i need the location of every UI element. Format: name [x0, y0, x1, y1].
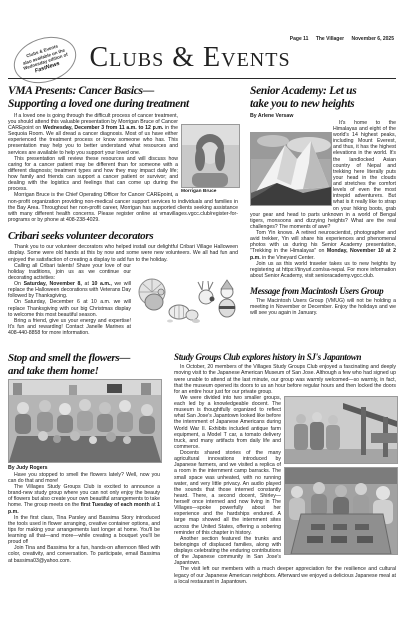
- japantown-photos-block: [284, 396, 396, 558]
- masthead-rule: [8, 78, 396, 79]
- himalaya-mountain-photo: [250, 132, 332, 206]
- article-byline: By Arlene Versaw: [250, 113, 396, 119]
- article-byline: By Judy Rogers: [8, 465, 160, 471]
- article-title: Stop and smell the flowers— and take the…: [8, 352, 160, 377]
- paragraph: In the first class, Tina Parsley and Bas…: [8, 515, 160, 546]
- paragraph: The visit left our members with a much d…: [174, 566, 396, 584]
- article-japantown-museum: Study Groups Club explores history in SJ…: [174, 352, 396, 585]
- column-left-bottom: Stop and smell the flowers— and take the…: [8, 352, 160, 592]
- article-title: Message from Macintosh Users Group: [250, 286, 396, 296]
- paragraph: Have you stopped to smell the flowers la…: [8, 472, 160, 484]
- article-vma-cancer-basics: VMA Presents: Cancer Basics— Supporting …: [8, 85, 238, 223]
- article-title: Senior Academy: Let us take you to new h…: [250, 85, 396, 111]
- article-title: VMA Presents: Cancer Basics— Supporting …: [8, 85, 238, 111]
- paragraph: Tom Yin knows. A retired neuroscientist,…: [250, 230, 396, 261]
- paragraph: Thank you to our volunteer decorators wh…: [8, 244, 238, 262]
- holiday-clipart: [134, 272, 238, 324]
- article-title: Cribari seeks volunteer decorators: [8, 230, 238, 242]
- himalaya-photo-block: [250, 132, 330, 206]
- article-flower-group: Stop and smell the flowers— and take the…: [8, 352, 160, 564]
- column-right-top: Senior Academy: Let us take you to new h…: [250, 85, 396, 343]
- article-macintosh-users-group: Message from Macintosh Users Group The M…: [250, 286, 396, 316]
- paragraph: In October, 20 members of the Villages S…: [174, 364, 396, 395]
- morrigan-bruce-photo: [181, 124, 240, 188]
- paragraph: The Macintosh Users Group (VMUG) will no…: [250, 298, 396, 316]
- japantown-museum-photo-1: [284, 396, 398, 464]
- column-right-bottom: Study Groups Club explores history in SJ…: [174, 352, 396, 592]
- flower-class-photo-block: [8, 379, 160, 463]
- section-masthead: Clubs & Events: [36, 42, 344, 74]
- photo-caption: Morrigan Bruce: [181, 189, 238, 195]
- paragraph: Morrigan Bruce is the Chief Operating Of…: [8, 192, 238, 223]
- newspaper-page: Page 11 The Villager November 6, 2025 Cl…: [0, 0, 400, 618]
- page-content: VMA Presents: Cancer Basics— Supporting …: [8, 85, 396, 592]
- issue-date: November 6, 2025: [351, 36, 394, 42]
- article-senior-academy: Senior Academy: Let us take you to new h…: [250, 85, 396, 279]
- column-left-top: VMA Presents: Cancer Basics— Supporting …: [8, 85, 238, 343]
- paragraph: Join Tina and Bassima for a fun, hands-o…: [8, 545, 160, 563]
- paragraph: The Villages Study Groups Club is excite…: [8, 484, 160, 515]
- japantown-museum-photo-2: [284, 467, 398, 555]
- morrigan-bruce-photo-block: Morrigan Bruce: [181, 124, 238, 195]
- holiday-clipart-block: [134, 272, 238, 326]
- flower-class-group-photo: [8, 379, 162, 463]
- article-title: Study Groups Club explores history in SJ…: [174, 352, 396, 362]
- article-cribari-decorators: Cribari seeks volunteer decorators Thank…: [8, 230, 238, 336]
- paragraph: Join us as this world traveler takes us …: [250, 261, 396, 279]
